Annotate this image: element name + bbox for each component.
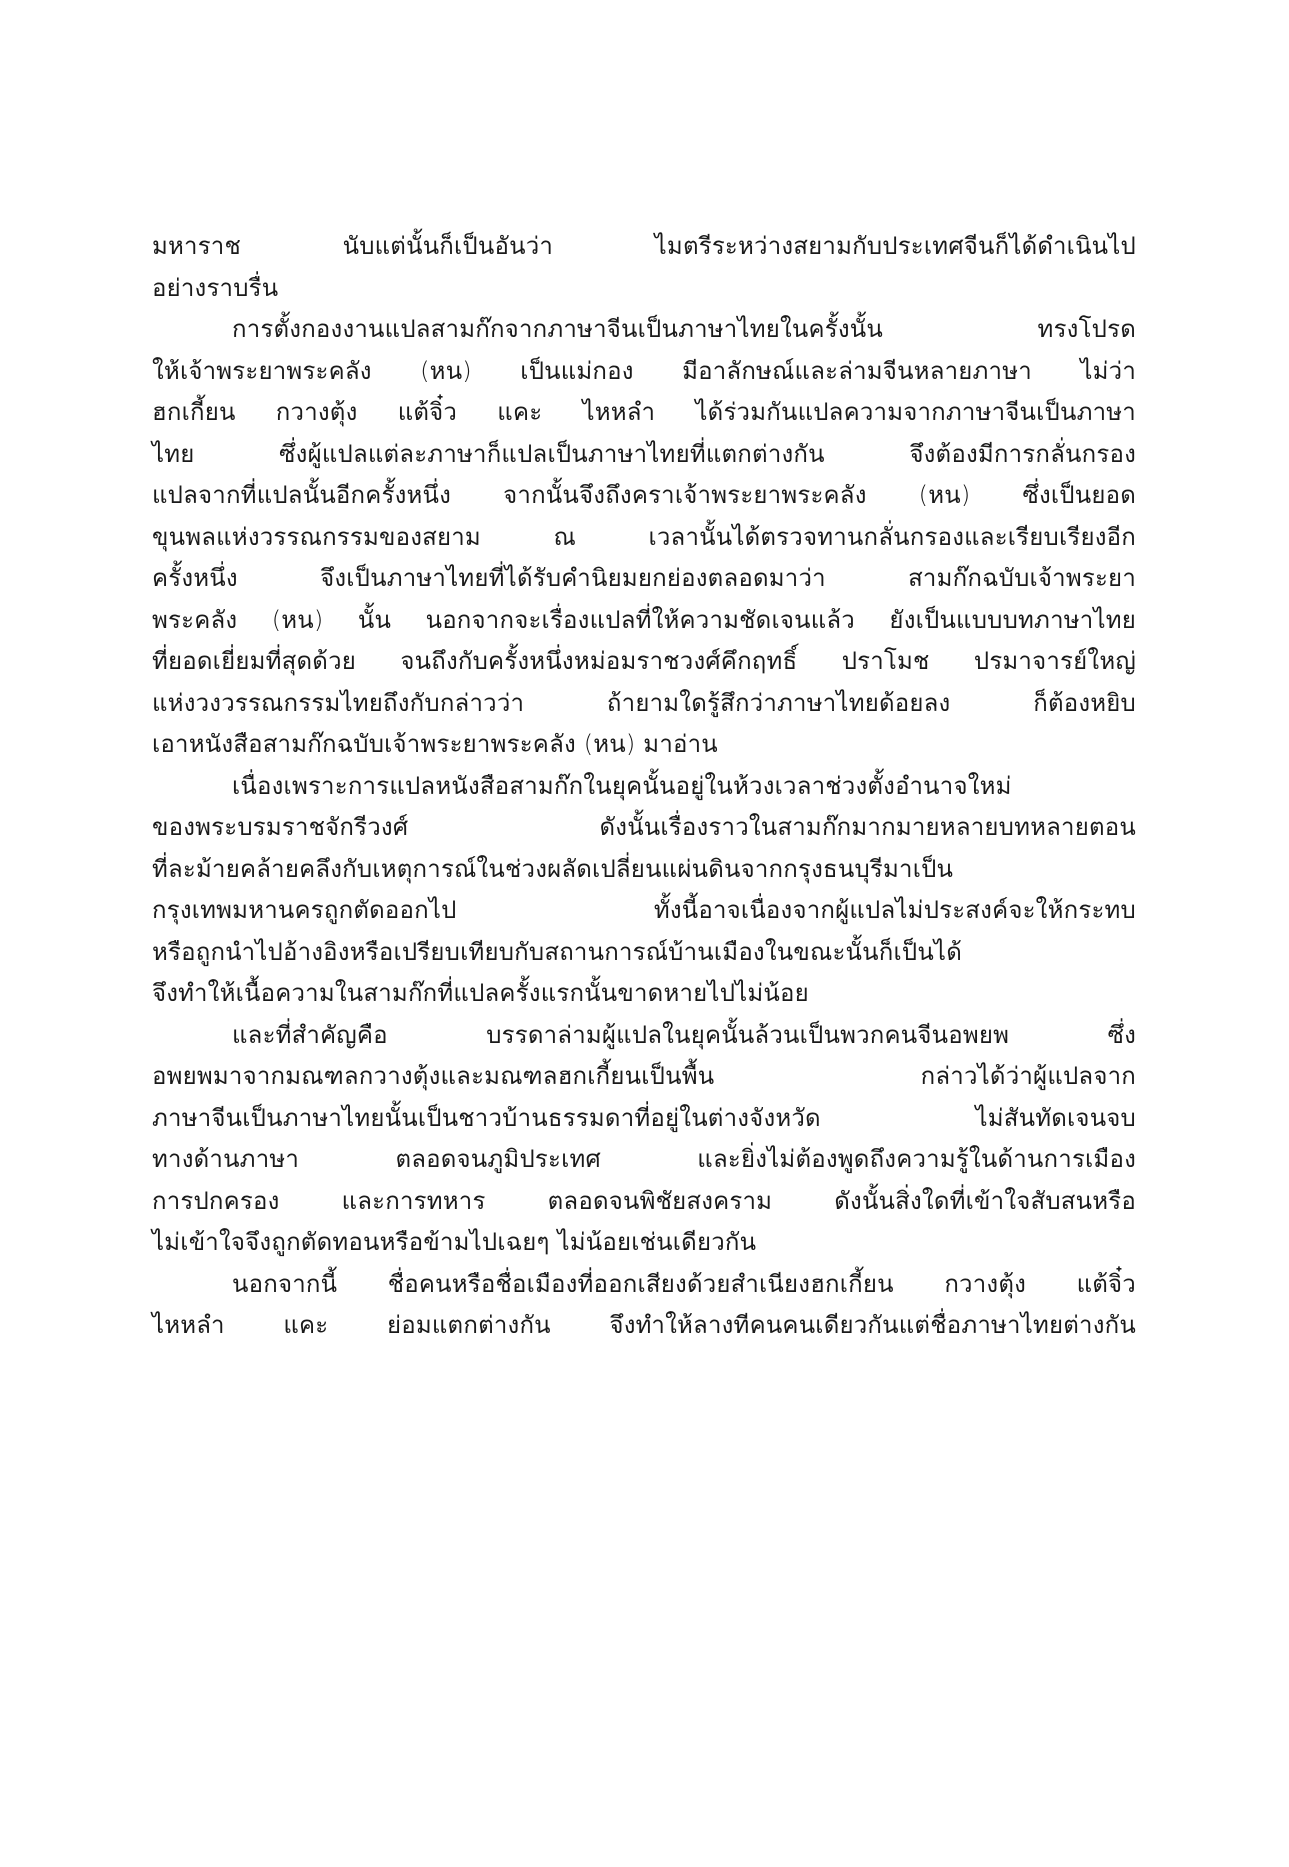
text-line: ของพระบรมราชจักรีวงศ์ ดังนั้นเรื่องราวใน…: [152, 807, 1136, 849]
paragraph: และที่สำคัญคือ บรรดาล่ามผู้แปลในยุคนั้นล…: [152, 1015, 1136, 1264]
text-line: ไหหลำ แคะ ย่อมแตกต่างกัน จึงทำให้ลางทีคน…: [152, 1305, 1136, 1347]
text-line: ทางด้านภาษา ตลอดจนภูมิประเทศ และยิ่งไม่ต…: [152, 1139, 1136, 1181]
text-line: ให้เจ้าพระยาพระคลัง (หน) เป็นแม่กอง มีอา…: [152, 351, 1136, 393]
text-line: แปลจากที่แปลนั้นอีกครั้งหนึ่ง จากนั้นจึง…: [152, 475, 1136, 517]
text-line: ฮกเกี้ยน กวางตุ้ง แต้จิ๋ว แคะ ไหหลำ ได้ร…: [152, 392, 1136, 434]
paragraph: มหาราช นับแต่นั้นก็เป็นอันว่า ไมตรีระหว่…: [152, 226, 1136, 309]
text-line: พระคลัง (หน) นั้น นอกจากจะเรื่องแปลที่ให…: [152, 600, 1136, 642]
text-line: อย่างราบรื่น: [152, 268, 1136, 310]
text-line: ครั้งหนึ่ง จึงเป็นภาษาไทยที่ได้รับคำนิยม…: [152, 558, 1136, 600]
document-page: มหาราช นับแต่นั้นก็เป็นอันว่า ไมตรีระหว่…: [152, 226, 1136, 1347]
text-line: ภาษาจีนเป็นภาษาไทยนั้นเป็นชาวบ้านธรรมดาท…: [152, 1098, 1136, 1140]
text-line: เนื่องเพราะการแปลหนังสือสามก๊กในยุคนั้นอ…: [152, 766, 1136, 808]
text-line: ไม่เข้าใจจึงถูกตัดทอนหรือข้ามไปเฉยๆ ไม่น…: [152, 1222, 1136, 1264]
paragraph: การตั้งกองงานแปลสามก๊กจากภาษาจีนเป็นภาษา…: [152, 309, 1136, 766]
text-line: ไทย ซึ่งผู้แปลแต่ละภาษาก็แปลเป็นภาษาไทยท…: [152, 434, 1136, 476]
paragraph: นอกจากนี้ ชื่อคนหรือชื่อเมืองที่ออกเสียง…: [152, 1264, 1136, 1347]
text-line: การตั้งกองงานแปลสามก๊กจากภาษาจีนเป็นภาษา…: [152, 309, 1136, 351]
text-line: แห่งวงวรรณกรรมไทยถึงกับกล่าวว่า ถ้ายามใด…: [152, 683, 1136, 725]
text-line: และที่สำคัญคือ บรรดาล่ามผู้แปลในยุคนั้นล…: [152, 1015, 1136, 1057]
text-line: กรุงเทพมหานครถูกตัดออกไป ทั้งนี้อาจเนื่อ…: [152, 890, 1136, 932]
text-line: อพยพมาจากมณฑลกวางตุ้งและมณฑลฮกเกี้ยนเป็น…: [152, 1056, 1136, 1098]
text-line: เอาหนังสือสามก๊กฉบับเจ้าพระยาพระคลัง (หน…: [152, 724, 1136, 766]
text-line: นอกจากนี้ ชื่อคนหรือชื่อเมืองที่ออกเสียง…: [152, 1264, 1136, 1306]
text-line: ขุนพลแห่งวรรณกรรมของสยาม ณ เวลานั้นได้ตร…: [152, 517, 1136, 559]
text-line: ที่ยอดเยี่ยมที่สุดด้วย จนถึงกับครั้งหนึ่…: [152, 641, 1136, 683]
text-line: จึงทำให้เนื้อความในสามก๊กที่แปลครั้งแรกน…: [152, 973, 1136, 1015]
text-line: การปกครอง และการทหาร ตลอดจนพิชัยสงคราม ด…: [152, 1181, 1136, 1223]
paragraph: เนื่องเพราะการแปลหนังสือสามก๊กในยุคนั้นอ…: [152, 766, 1136, 1015]
text-line: หรือถูกนำไปอ้างอิงหรือเปรียบเทียบกับสถาน…: [152, 932, 1136, 974]
text-line: ที่ละม้ายคล้ายคลึงกับเหตุการณ์ในช่วงผลัด…: [152, 849, 1136, 891]
text-line: มหาราช นับแต่นั้นก็เป็นอันว่า ไมตรีระหว่…: [152, 226, 1136, 268]
